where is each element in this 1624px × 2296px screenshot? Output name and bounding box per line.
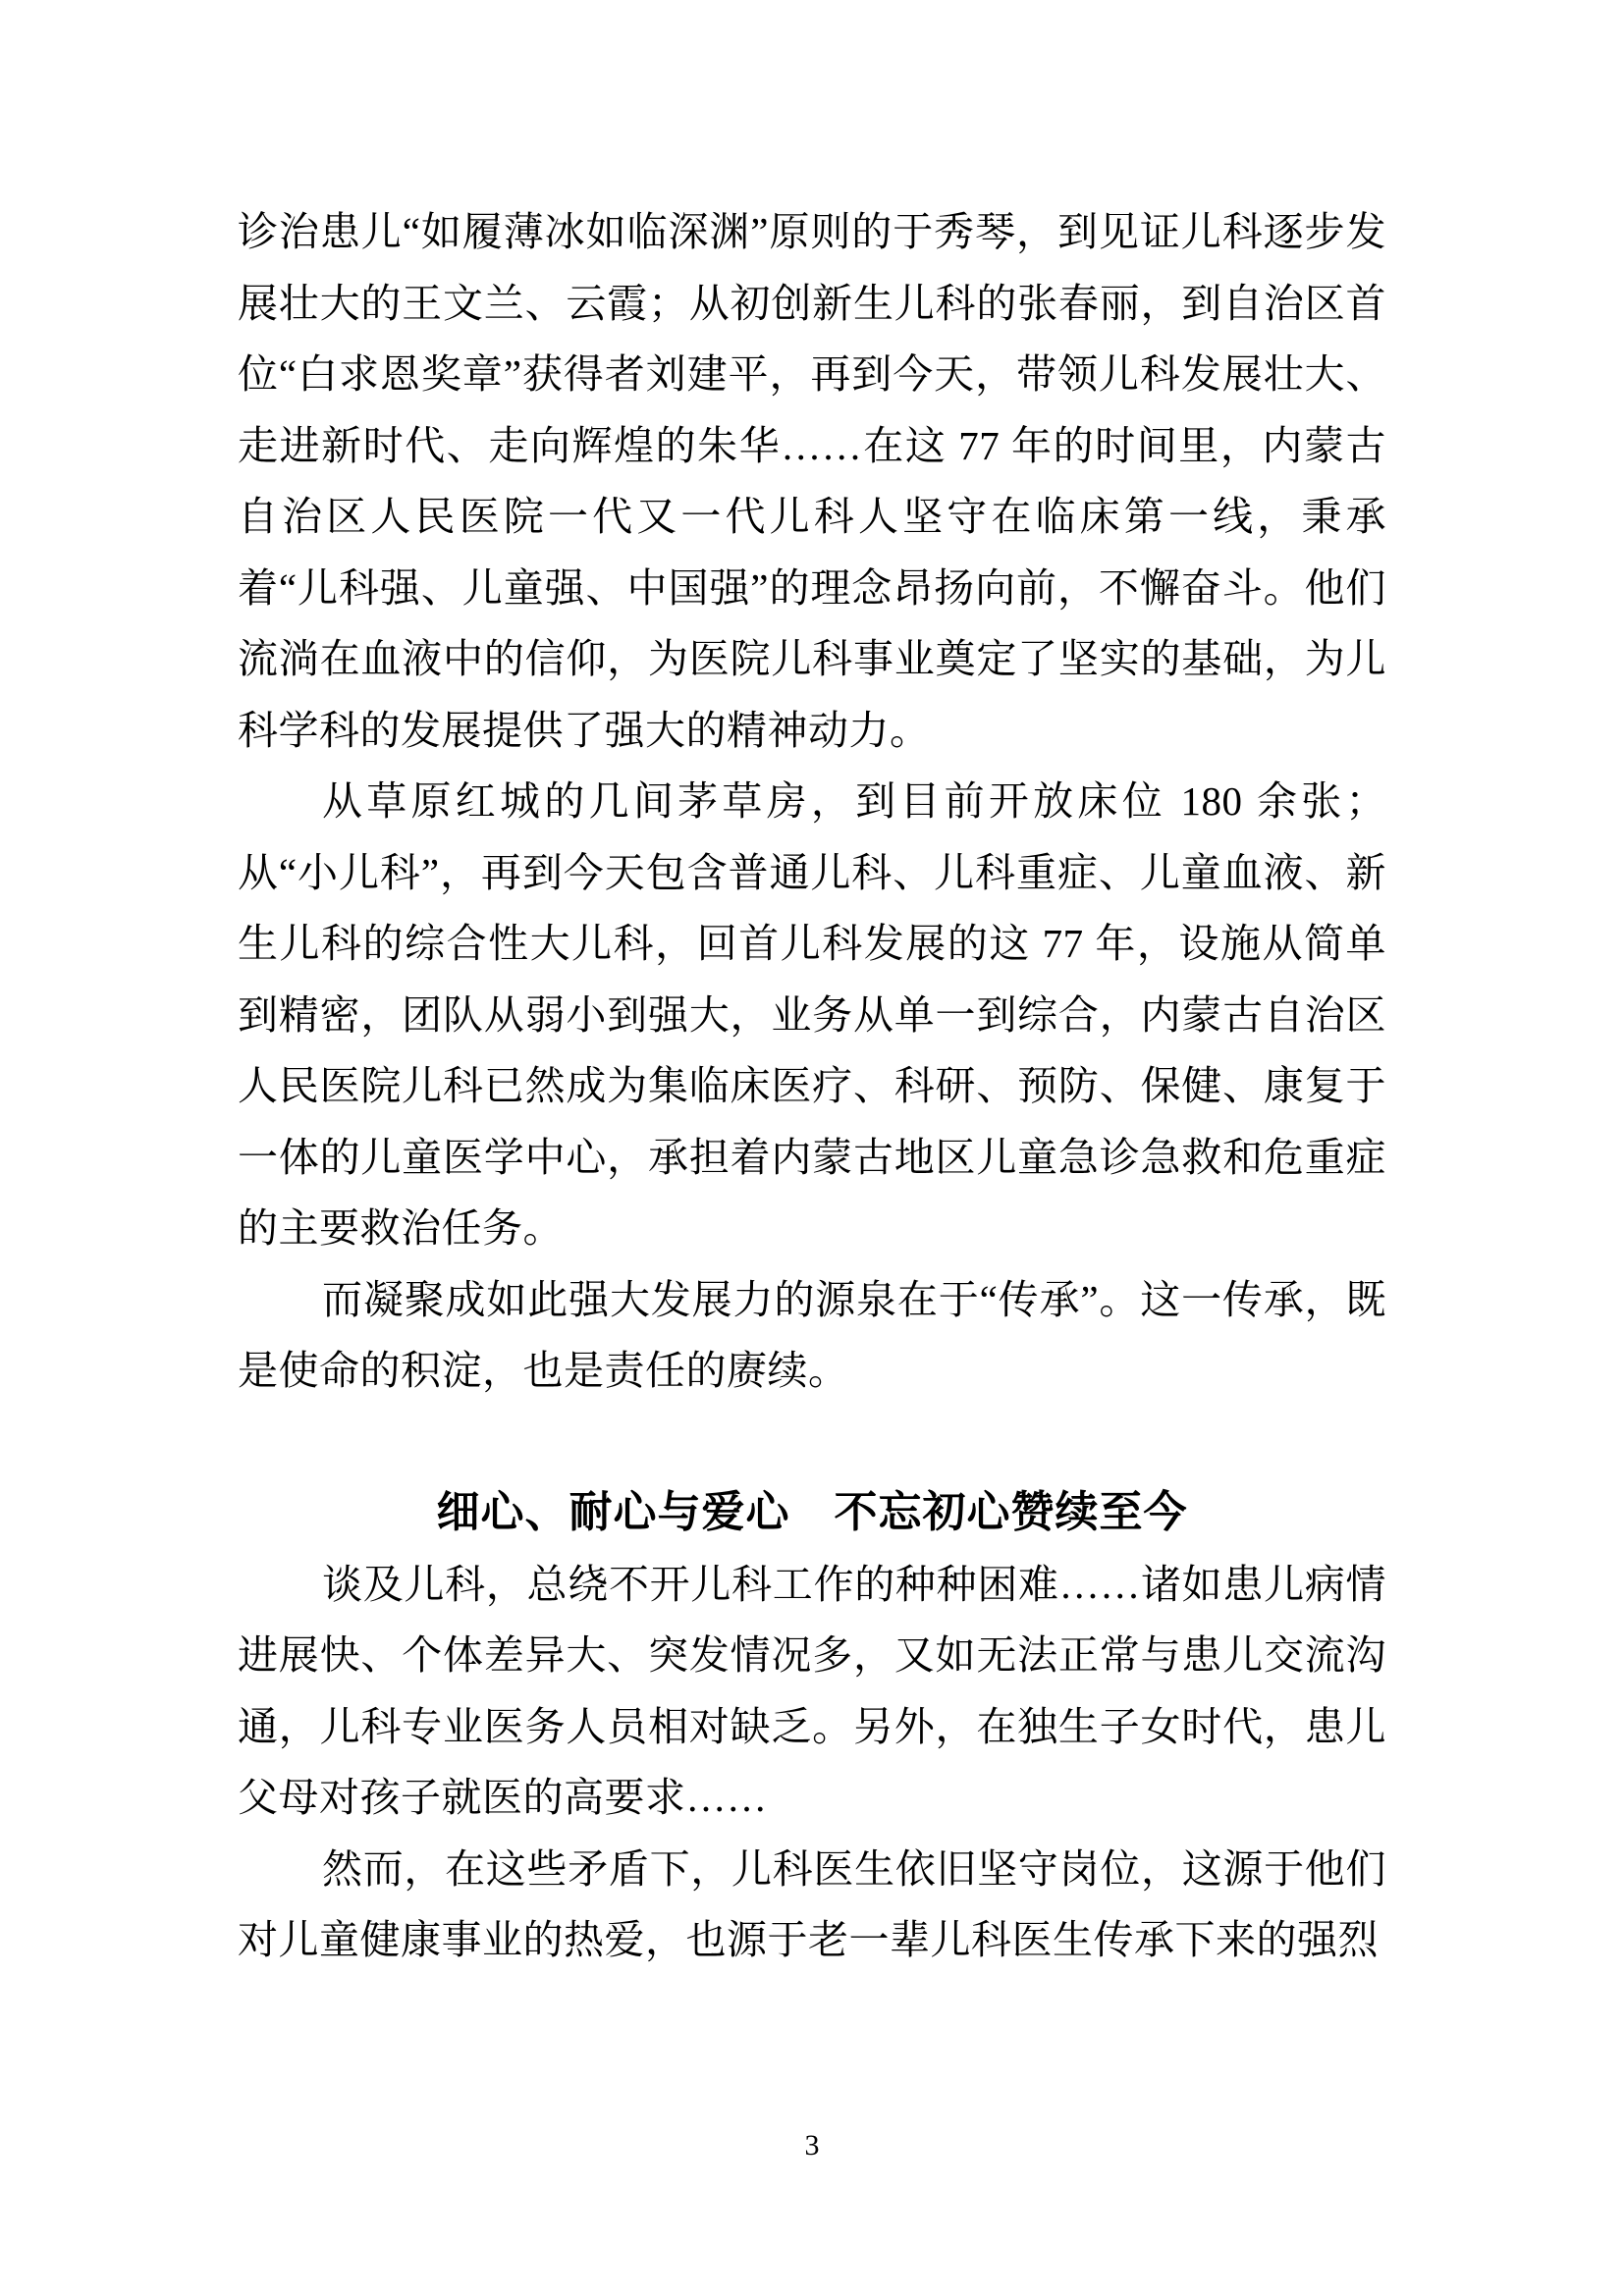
- body-paragraph-5: 然而，在这些矛盾下，儿科医生依旧坚守岗位，这源于他们对儿童健康事业的热爱，也源于…: [238, 1834, 1386, 1976]
- body-paragraph-1: 诊治患儿“如履薄冰如临深渊”原则的于秀琴，到见证儿科逐步发展壮大的王文兰、云霞；…: [238, 196, 1386, 766]
- section-heading: 细心、耐心与爱心 不忘初心赞续至今: [238, 1477, 1386, 1549]
- body-paragraph-4: 谈及儿科，总绕不开儿科工作的种种困难……诸如患儿病情进展快、个体差异大、突发情况…: [238, 1549, 1386, 1834]
- body-paragraph-3: 而凝聚成如此强大发展力的源泉在于“传承”。这一传承，既是使命的积淀，也是责任的赓…: [238, 1264, 1386, 1407]
- body-paragraph-2: 从草原红城的几间茅草房，到目前开放床位 180 余张；从“小儿科”，再到今天包含…: [238, 766, 1386, 1264]
- page-number: 3: [0, 2128, 1624, 2163]
- document-page: 诊治患儿“如履薄冰如临深渊”原则的于秀琴，到见证儿科逐步发展壮大的王文兰、云霞；…: [0, 0, 1624, 2296]
- document-body: 诊治患儿“如履薄冰如临深渊”原则的于秀琴，到见证儿科逐步发展壮大的王文兰、云霞；…: [238, 196, 1386, 1976]
